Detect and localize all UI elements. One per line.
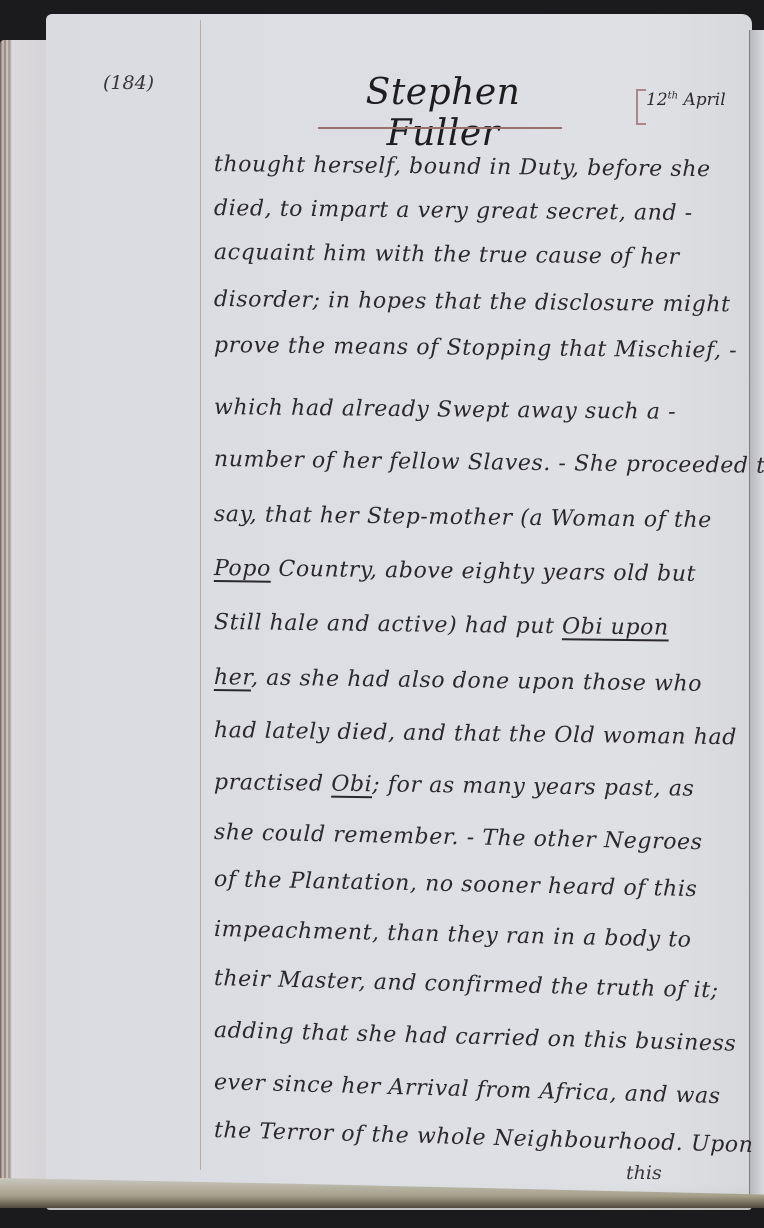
date-suffix: th <box>668 90 678 101</box>
manuscript-line: died, to impart a very great secret, and… <box>214 196 693 226</box>
underlined-word: her <box>214 665 251 691</box>
underlined-word: Obi <box>331 772 372 798</box>
underlined-word: Popo <box>214 556 271 582</box>
date-bracket <box>636 89 646 125</box>
book-page-stack-edge <box>0 40 48 1190</box>
manuscript-line: thought herself, bound in Duty, before s… <box>214 152 711 182</box>
book-right-edge <box>749 30 764 1200</box>
page-title: Stephen Fuller <box>312 72 574 154</box>
catchword: this <box>626 1162 662 1184</box>
underlined-word: Obi upon <box>562 614 669 640</box>
page-number: (184) <box>103 72 154 94</box>
entry-date: 12th April <box>646 90 726 110</box>
title-underline <box>318 127 562 129</box>
date-month: April <box>684 90 726 110</box>
date-day: 12 <box>646 90 668 110</box>
manuscript-line: acquaint him with the true cause of her <box>214 240 680 270</box>
manuscript-line: which had already Swept away such a - <box>214 395 676 425</box>
margin-rule <box>200 20 201 1170</box>
